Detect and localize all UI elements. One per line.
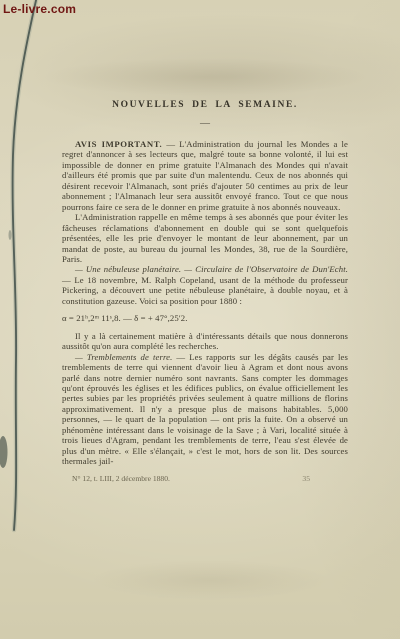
- paragraph-lead: — Tremblements de terre.: [75, 352, 172, 362]
- paragraph-lead: AVIS IMPORTANT.: [75, 139, 162, 149]
- section-title: NOUVELLES DE LA SEMAINE.: [62, 100, 348, 110]
- paragraph-tremblements: — Tremblements de terre. — Les rapports …: [62, 352, 348, 467]
- page-footer: N° 12, t. LIII, 2 décembre 1880. 35: [62, 474, 348, 483]
- page-number: 35: [302, 474, 348, 483]
- paragraph-text: L'Administration rappelle en même temps …: [62, 212, 348, 264]
- article-page: NOUVELLES DE LA SEMAINE. — AVIS IMPORTAN…: [62, 100, 348, 483]
- paragraph-avis-important: AVIS IMPORTANT. — L'Administration du jo…: [62, 139, 348, 212]
- watermark-le-livre: Le-livre.com: [3, 2, 76, 16]
- astronomical-coordinates: α = 21ʰ,2ᵐ 11ˢ,8. — δ = + 47°,25′2.: [62, 313, 348, 323]
- paragraph-text: — L'Administration du journal les Mondes…: [62, 139, 348, 212]
- paragraph-text: — Le 18 novembre, M. Ralph Copeland, usa…: [62, 275, 348, 306]
- issue-reference: N° 12, t. LIII, 2 décembre 1880.: [62, 474, 170, 483]
- paragraph-details: Il y a là certainement matière à d'intér…: [62, 331, 348, 352]
- paragraph-text: — Les rapports sur les dégâts causés par…: [62, 352, 348, 467]
- paragraph-nebuleuse: — Une nébuleuse planétaire. — Circulaire…: [62, 264, 348, 306]
- section-divider-dash: —: [62, 121, 348, 127]
- paragraph-lead: — Une nébuleuse planétaire. — Circulaire…: [75, 264, 348, 274]
- paragraph-text: Il y a là certainement matière à d'intér…: [62, 331, 348, 351]
- paragraph-administration: L'Administration rappelle en même temps …: [62, 212, 348, 264]
